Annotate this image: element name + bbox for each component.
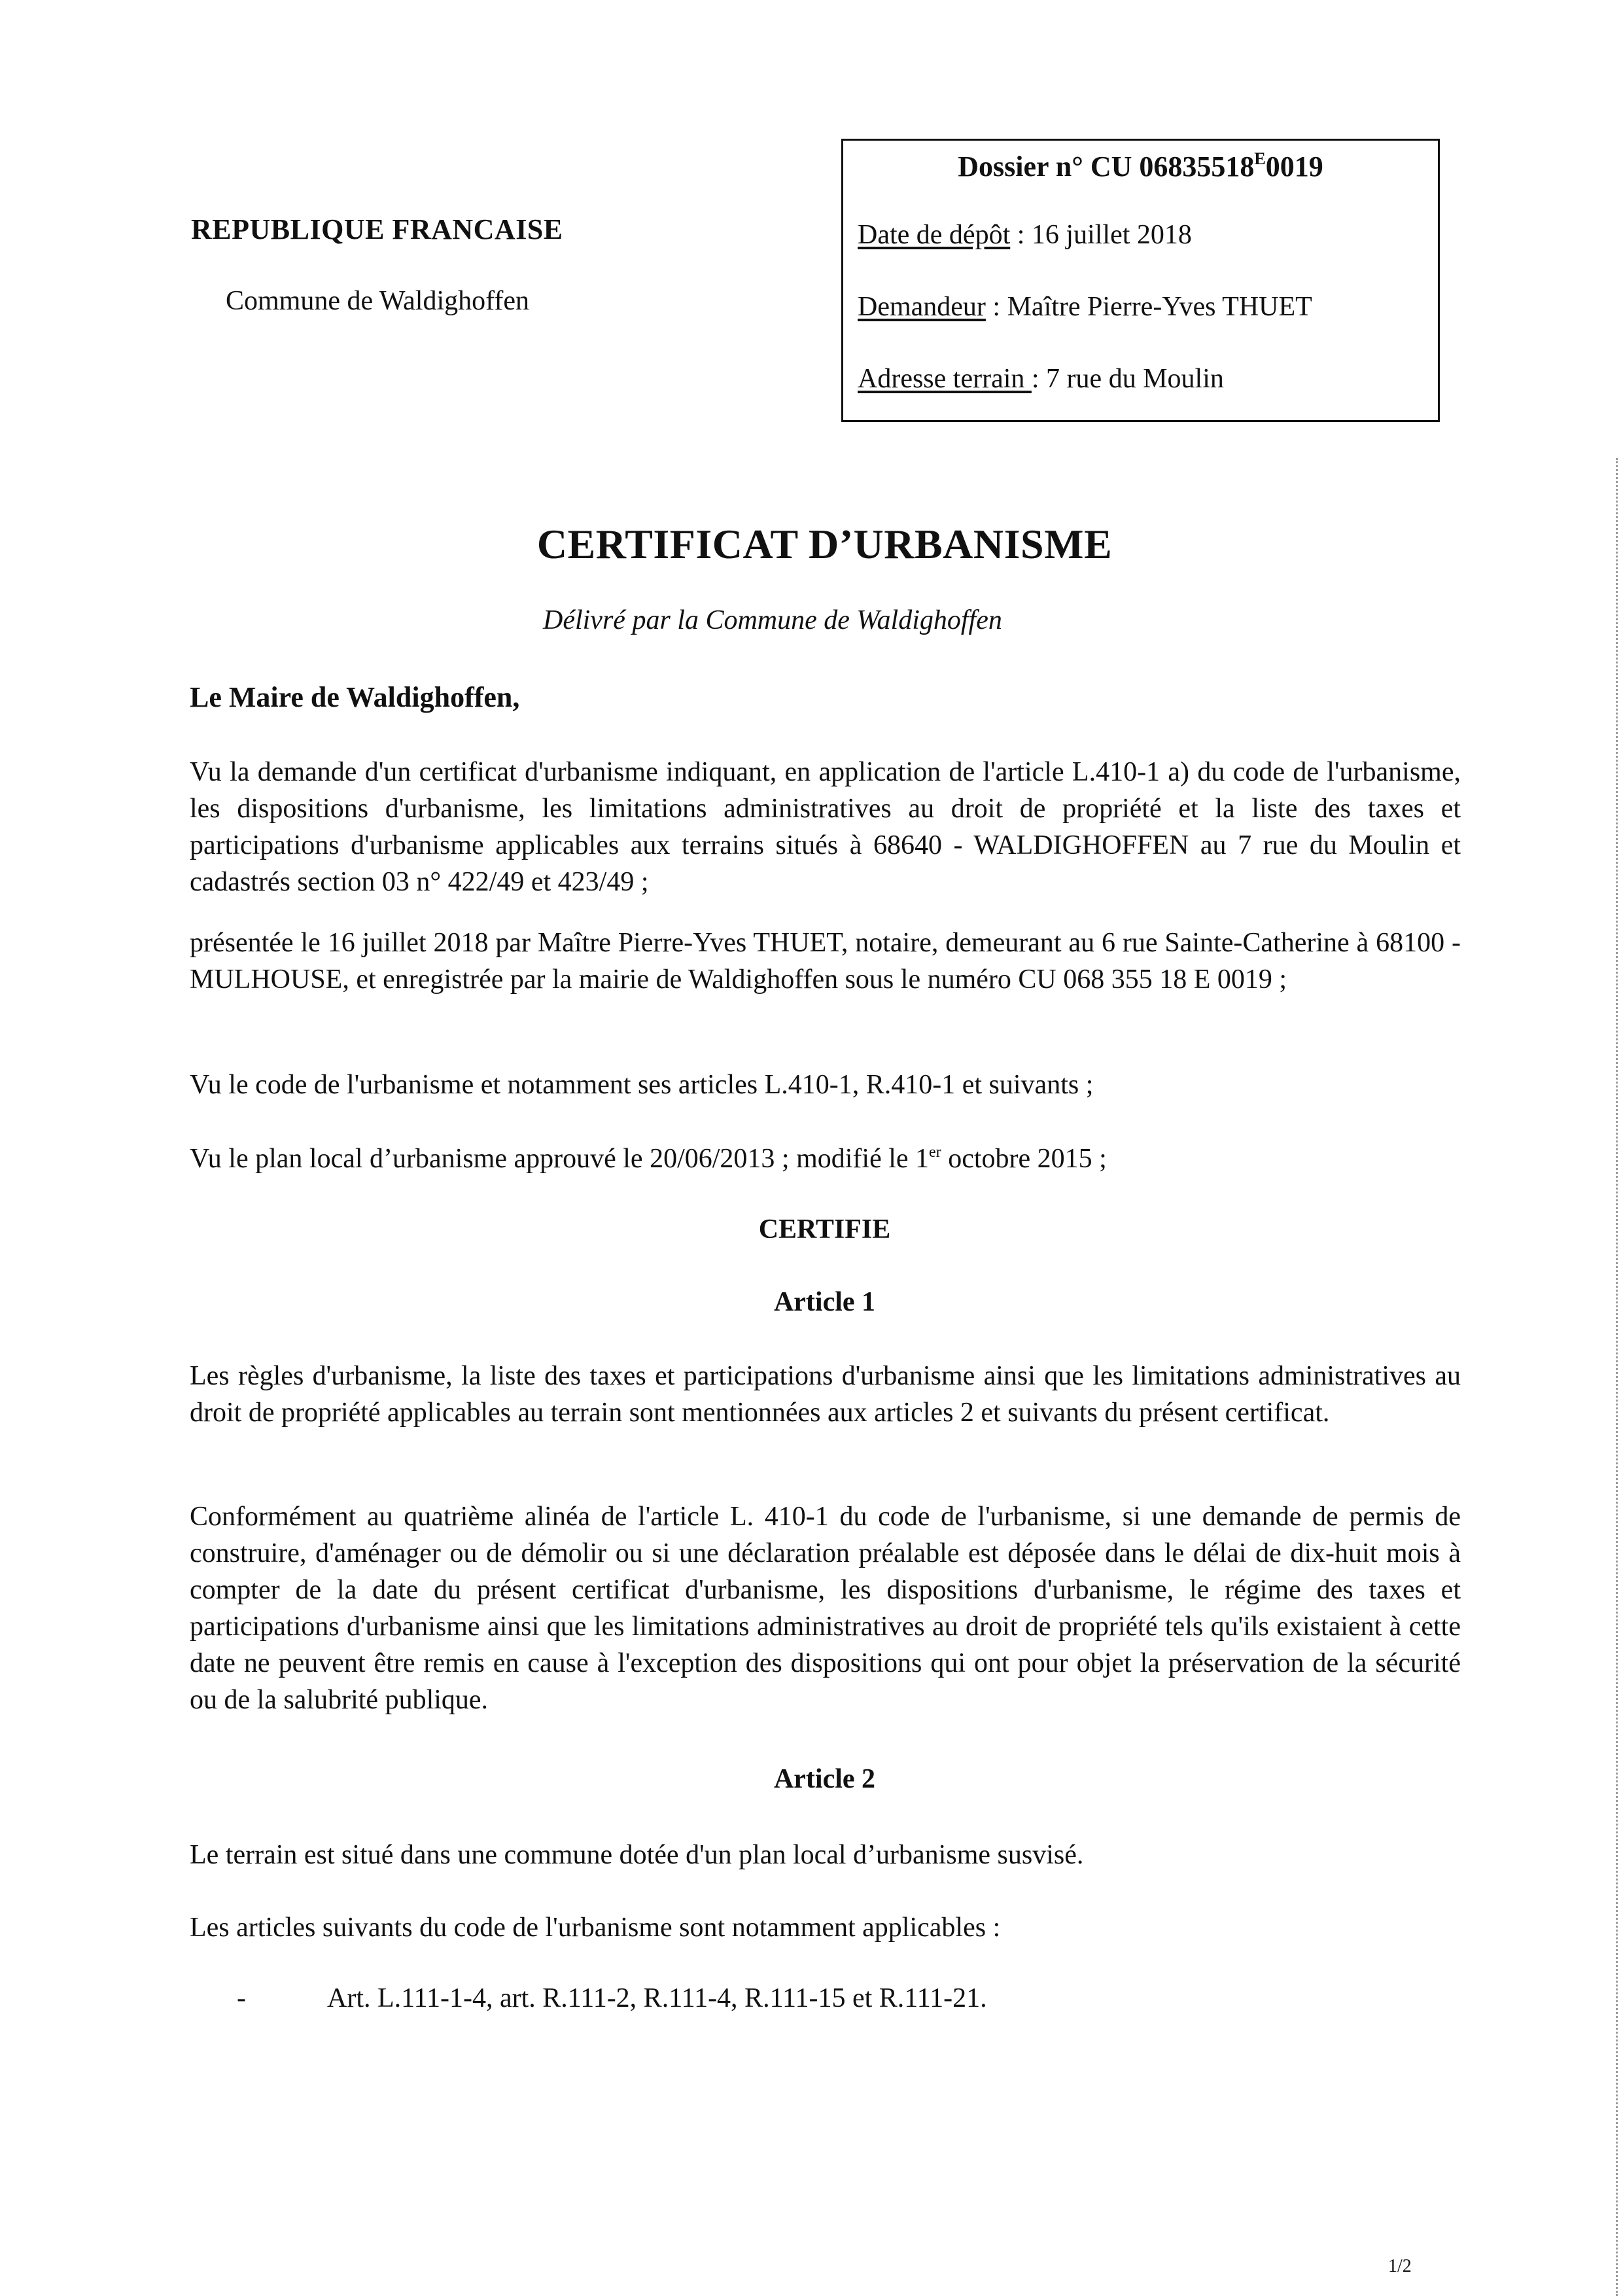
dossier-date-row: Date de dépôt : 16 juillet 2018 [858, 219, 1192, 251]
list-item-text: Art. L.111-1-4, art. R.111-2, R.111-4, R… [327, 1983, 987, 2013]
dossier-number-sup: E [1254, 149, 1265, 168]
article-1-paragraph-2: Conformément au quatrième alinéa de l'ar… [190, 1498, 1461, 1718]
vu-plu-suffix: octobre 2015 ; [941, 1144, 1107, 1174]
vu-plu-sup: er [929, 1144, 941, 1161]
document-subtitle: Délivré par la Commune de Waldighoffen [543, 605, 1002, 636]
article-1-heading: Article 1 [0, 1286, 1623, 1318]
paragraph-vu-code: Vu le code de l'urbanisme et notamment s… [190, 1067, 1461, 1103]
paragraph-vu-plu: Vu le plan local d’urbanisme approuvé le… [190, 1140, 1461, 1177]
commune-name: Commune de Waldighoffen [226, 285, 529, 317]
demandeur-value: : Maître Pierre-Yves THUET [986, 292, 1312, 322]
date-label: Date de dépôt [858, 220, 1010, 250]
dossier-number-suffix: 0019 [1266, 150, 1323, 183]
page-number: 1/2 [1388, 2256, 1412, 2277]
dossier-demandeur-row: Demandeur : Maître Pierre-Yves THUET [858, 291, 1312, 323]
dash-bullet-icon: - [237, 1983, 327, 2014]
scan-edge-artifact [1616, 458, 1618, 2296]
article-2-heading: Article 2 [0, 1763, 1623, 1795]
dossier-number-prefix: Dossier n° CU 06835518 [958, 150, 1254, 183]
dossier-adresse-row: Adresse terrain : 7 rue du Moulin [858, 363, 1224, 395]
vu-plu-prefix: Vu le plan local d’urbanisme approuvé le… [190, 1144, 929, 1174]
addressee: Le Maire de Waldighoffen, [190, 680, 519, 714]
paragraph-vu-demande: Vu la demande d'un certificat d'urbanism… [190, 754, 1461, 900]
demandeur-label: Demandeur [858, 292, 986, 322]
article-2-paragraph-2: Les articles suivants du code de l'urban… [190, 1909, 1461, 1946]
article-1-paragraph-1: Les règles d'urbanisme, la liste des tax… [190, 1358, 1461, 1431]
adresse-label: Adresse terrain [858, 364, 1032, 394]
dossier-box: Dossier n° CU 06835518E0019 Date de dépô… [841, 139, 1440, 422]
dossier-number: Dossier n° CU 06835518E0019 [843, 150, 1438, 183]
paragraph-presentee: présentée le 16 juillet 2018 par Maître … [190, 925, 1461, 998]
date-value: : 16 juillet 2018 [1010, 220, 1192, 250]
list-item: -Art. L.111-1-4, art. R.111-2, R.111-4, … [237, 1983, 987, 2014]
document-page: REPUBLIQUE FRANCAISE Commune de Waldigho… [0, 0, 1623, 2296]
article-2-paragraph-1: Le terrain est situé dans une commune do… [190, 1837, 1461, 1873]
certifie-heading: CERTIFIE [0, 1214, 1623, 1245]
republic-heading: REPUBLIQUE FRANCAISE [191, 213, 563, 246]
adresse-value: : 7 rue du Moulin [1032, 364, 1224, 394]
document-title: CERTIFICAT D’URBANISME [0, 520, 1623, 569]
